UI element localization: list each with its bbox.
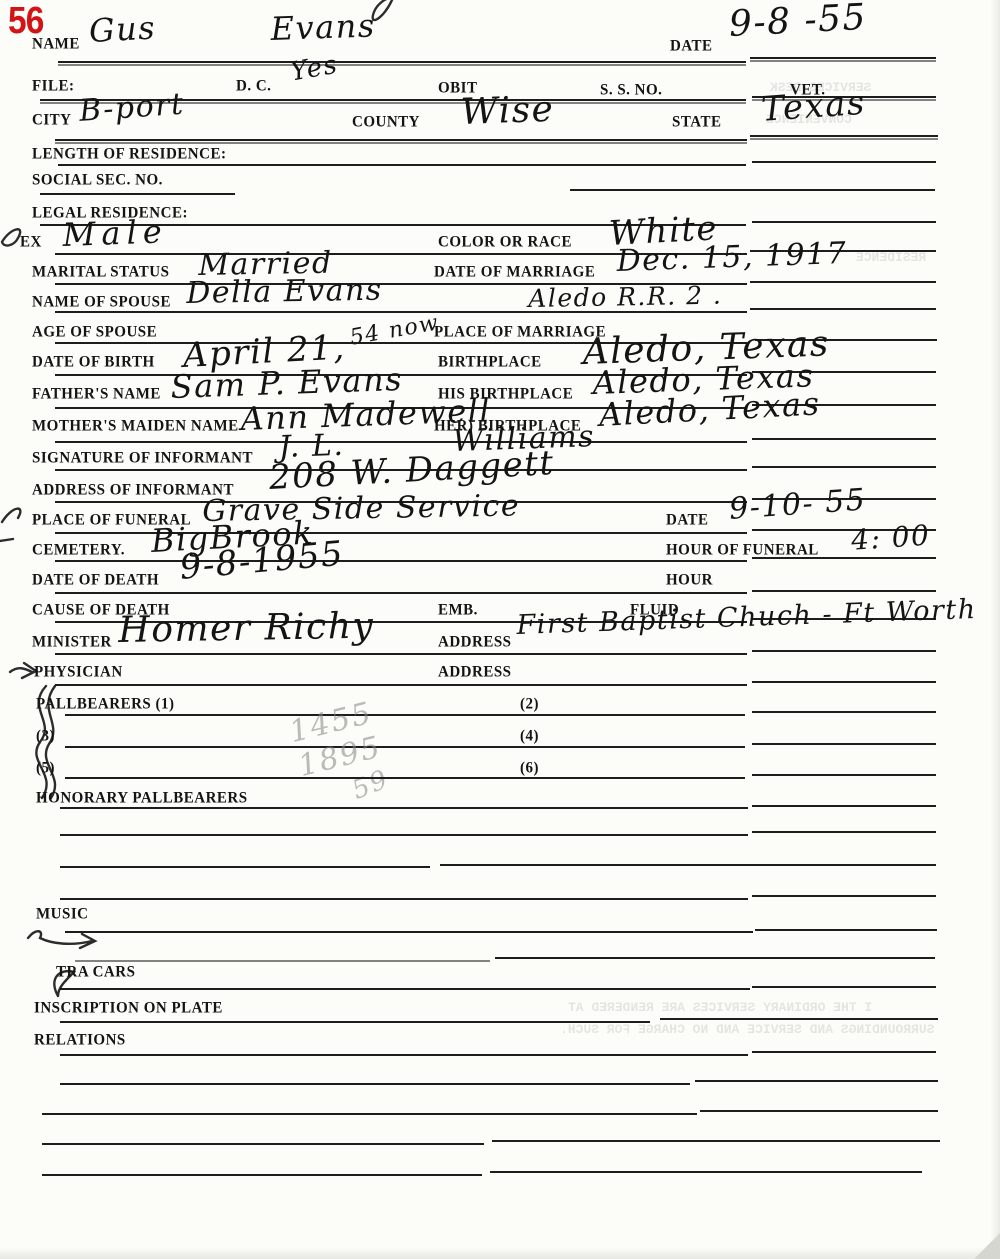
pallbearers-2-label: (2) <box>520 696 539 714</box>
hour-of-funeral-value: 4: 00 <box>850 518 931 556</box>
state-value: Texas <box>760 83 867 130</box>
funeral-record-form-scan: 56 SERVICES DESK CONVENIENCE RESIDENCE I… <box>0 0 1000 1259</box>
form-line <box>752 466 936 468</box>
form-line <box>42 1113 697 1115</box>
mothers-maiden-name-label: MOTHER'S MAIDEN NAME <box>32 418 239 436</box>
form-line <box>55 653 747 655</box>
form-line <box>60 807 748 809</box>
form-line <box>492 1140 940 1142</box>
form-line <box>752 831 936 833</box>
date-value: 9-8 -55 <box>728 0 868 45</box>
social-sec-label: SOCIAL SEC. NO. <box>32 172 163 190</box>
form-line <box>65 714 745 716</box>
date-of-birth-label: DATE OF BIRTH <box>32 354 155 372</box>
state-label: STATE <box>672 114 721 132</box>
form-line <box>752 590 936 592</box>
form-line <box>60 1054 748 1056</box>
file-label: FILE: <box>32 78 75 96</box>
form-line <box>55 684 747 686</box>
age-of-spouse-label: AGE OF SPOUSE <box>32 324 157 342</box>
form-line <box>58 164 746 166</box>
form-line <box>65 931 753 933</box>
form-line <box>750 57 936 59</box>
form-line <box>570 189 935 191</box>
form-line <box>55 311 747 313</box>
pallbearers-5-label: (5) <box>36 760 55 778</box>
form-line <box>752 805 936 807</box>
form-line <box>752 650 936 652</box>
emb-label: EMB. <box>438 602 478 620</box>
form-line <box>55 441 747 443</box>
form-line <box>55 139 747 141</box>
form-line <box>752 221 936 223</box>
scan-edge-shade <box>990 0 1000 1259</box>
city-label: CITY <box>32 112 72 130</box>
ssno-label: S. S. NO. <box>600 82 662 100</box>
physician-address-label: ADDRESS <box>438 664 512 682</box>
name-of-spouse-label: NAME OF SPOUSE <box>32 294 171 312</box>
hour-label: HOUR <box>666 572 713 590</box>
top-stray-pen-stroke <box>373 0 392 20</box>
relations-label: RELATIONS <box>34 1032 126 1050</box>
bleed-through-text: RESIDENCE <box>856 250 926 265</box>
form-line <box>752 774 936 776</box>
pallbearers-3-label: (3) <box>36 728 55 746</box>
form-line <box>695 1080 938 1082</box>
form-line <box>750 281 936 283</box>
form-line <box>65 777 745 779</box>
name-label: NAME <box>32 36 80 54</box>
city-value: B-port <box>78 87 186 129</box>
county-value: Wise <box>460 89 555 133</box>
date-of-marriage-value: Dec. 15, 1917 <box>616 236 848 279</box>
form-line <box>42 1174 482 1176</box>
form-line <box>752 895 936 897</box>
form-line <box>60 988 750 990</box>
sex-margin-mark <box>2 229 20 245</box>
cemetery-label: CEMETERY. <box>32 542 125 560</box>
fathers-name-label: FATHER'S NAME <box>32 386 161 404</box>
pallbearers-6-label: (6) <box>520 760 539 778</box>
form-line <box>55 560 747 562</box>
form-line <box>752 1051 936 1053</box>
dc-value: Yes <box>288 50 341 88</box>
pallbearers-1-label: PALLBEARERS (1) <box>36 696 175 714</box>
funeral-date-value: 9-10- 55 <box>728 482 867 526</box>
form-line <box>58 61 746 63</box>
form-line <box>490 1171 922 1173</box>
color-or-race-label: COLOR OR RACE <box>438 234 572 252</box>
music-label: MUSIC <box>36 906 89 924</box>
date-label: DATE <box>670 38 713 56</box>
minister-label: MINISTER <box>32 634 112 652</box>
form-line <box>752 986 936 988</box>
marital-status-label: MARITAL STATUS <box>32 264 169 282</box>
form-line <box>752 743 936 745</box>
form-line <box>752 711 936 713</box>
form-line <box>755 929 937 931</box>
county-label: COUNTY <box>352 114 420 132</box>
form-line <box>752 161 936 163</box>
form-line <box>495 957 935 959</box>
inscription-on-plate-label: INSCRIPTION ON PLATE <box>34 1000 223 1018</box>
spouse-address-note: Aledo R.R. 2 . <box>528 281 723 313</box>
minister-value: Homer Richy <box>118 606 375 651</box>
form-line <box>55 592 747 594</box>
physician-arrow-mark <box>10 663 36 678</box>
name-first-value: Gus <box>88 8 157 49</box>
form-line <box>75 960 490 962</box>
bleed-through-text: SURROUNDINGS AND SERVICE AND NO CHARGE F… <box>560 1022 934 1037</box>
signature-of-informant-label: SIGNATURE OF INFORMANT <box>32 450 253 468</box>
minister-address-value: First Baptist Chuch - Ft Worth <box>516 594 977 641</box>
form-line <box>752 557 936 559</box>
form-line <box>440 864 936 866</box>
form-line <box>40 193 235 195</box>
birthplace-label: BIRTHPLACE <box>438 354 542 372</box>
cemetery-margin-dash <box>0 539 13 541</box>
form-line <box>752 438 936 440</box>
form-line <box>60 866 430 868</box>
sex-label: EX <box>20 234 42 252</box>
minister-address-label: ADDRESS <box>438 634 512 652</box>
dc-label: D. C. <box>236 78 271 96</box>
date-of-marriage-label: DATE OF MARRIAGE <box>434 264 595 282</box>
date-of-death-label: DATE OF DEATH <box>32 572 159 590</box>
honorary-pallbearers-label: HONORARY PALLBEARERS <box>36 790 248 808</box>
form-line <box>42 1143 484 1145</box>
name-of-spouse-value: Della Evans <box>186 273 383 311</box>
form-line <box>60 1021 650 1023</box>
age-note: 54 now <box>348 310 441 350</box>
funeral-date-label: DATE <box>666 512 709 530</box>
cut-corner <box>973 1232 1000 1259</box>
form-line <box>750 308 936 310</box>
pallbearers-4-label: (4) <box>520 728 539 746</box>
bleed-through-text: I THE ORDINARY SERVICES ARE RENDERED AT <box>568 1000 872 1015</box>
length-of-residence-label: LENGTH OF RESIDENCE: <box>32 146 226 164</box>
funeral-margin-mark <box>2 509 20 522</box>
form-line <box>660 1018 938 1020</box>
form-line <box>700 1110 938 1112</box>
scan-edge-shade <box>0 1247 1000 1259</box>
form-line <box>60 834 748 836</box>
music-arrow-mark <box>28 931 95 948</box>
extra-cars-label: TRA CARS <box>56 964 135 982</box>
form-line <box>60 1083 690 1085</box>
place-of-marriage-label: PLACE OF MARRIAGE <box>434 324 606 342</box>
form-line <box>60 898 748 900</box>
sex-value: Male <box>62 212 168 254</box>
form-line <box>752 681 936 683</box>
name-last-value: Evans <box>270 6 376 48</box>
form-line <box>750 135 938 137</box>
physician-label: PHYSICIAN <box>34 664 123 682</box>
form-line <box>65 746 745 748</box>
